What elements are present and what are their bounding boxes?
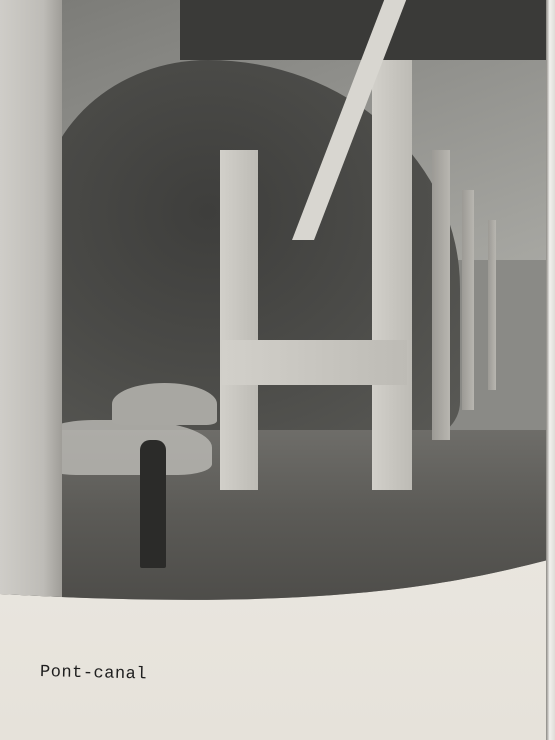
photo-pillar: [220, 150, 258, 490]
photo-person: [140, 440, 166, 568]
book-page: Pont-canal: [0, 0, 546, 740]
page-edge: [546, 0, 555, 740]
photo-crossbeam: [222, 340, 407, 385]
photo-pillar: [462, 190, 474, 410]
halftone-photograph: [0, 0, 548, 615]
photo-umbrella: [112, 383, 217, 425]
photo-pillar: [372, 60, 412, 490]
photo-pillar: [488, 220, 496, 390]
photo-foreground-pillar: [0, 0, 62, 600]
photo-caption: Pont-canal: [40, 663, 147, 684]
photo-rocks: [42, 420, 212, 475]
photo-pillar: [432, 150, 450, 440]
